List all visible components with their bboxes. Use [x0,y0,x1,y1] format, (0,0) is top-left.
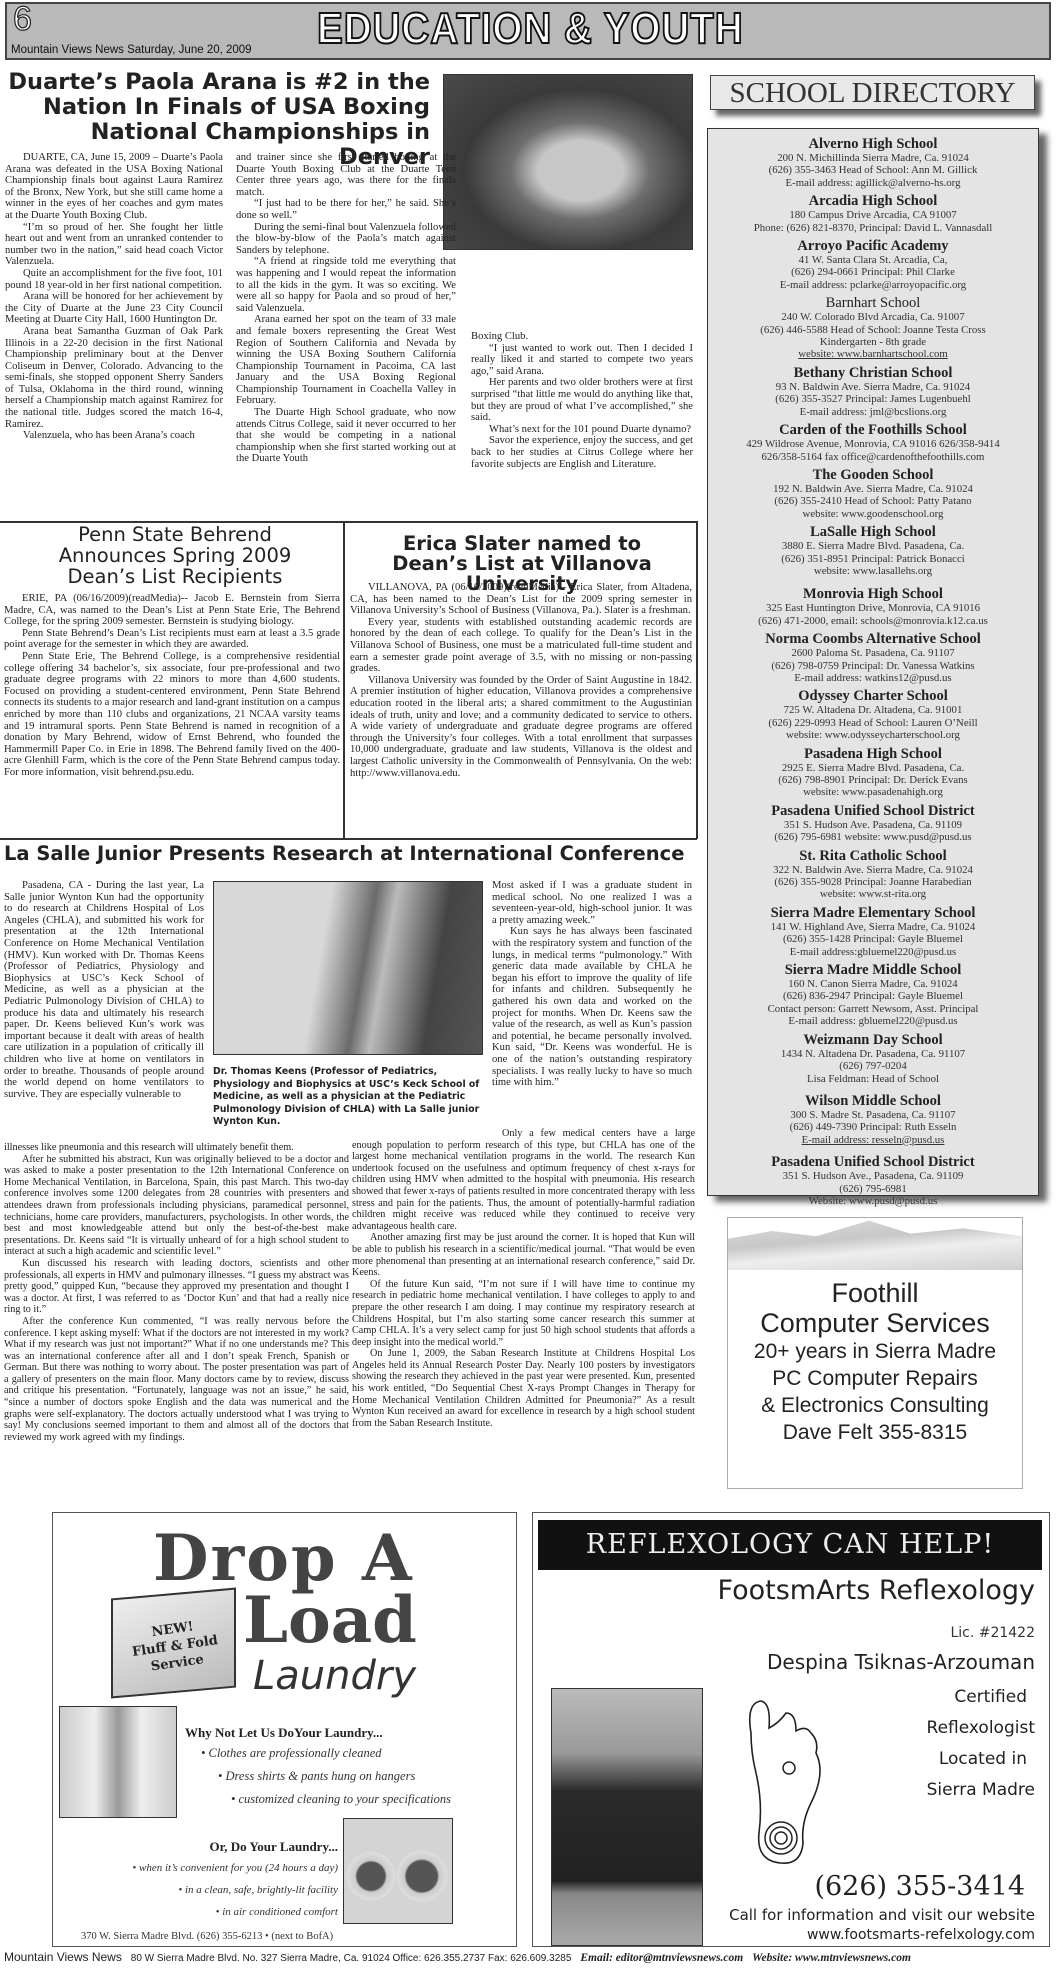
school-detail: 141 W. Highland Ave, Sierra Madre, Ca. 9… [712,921,1034,933]
lasalle-col-1-bottom: illnesses like pneumonia and this resear… [4,1142,349,1443]
school-detail: Phone: (626) 821-8370, Principal: David … [712,222,1034,234]
school-name: St. Rita Catholic School [712,849,1034,864]
school-detail: (626) 351-8951 Principal: Patrick Bonacc… [712,553,1034,565]
paragraph: Arana beat Samantha Guzman of Oak Park I… [5,326,223,430]
school-directory-list: Alverno High School200 N. Michillinda Si… [707,128,1039,1196]
school-detail: 2925 E. Sierra Madre Blvd. Pasadena, Ca. [712,762,1034,774]
school-detail: (626) 471-2000, email: schools@monrovia.… [712,615,1034,627]
ad-drop-a-load-laundry: NEW! Fluff & Fold Service Drop A Load La… [52,1512,517,1947]
school-detail: (626) 795-6981 website: www.pusd@pusd.us [712,831,1034,843]
villanova-body: VILLANOVA, PA (06/16/2009)(readMedia)-- … [350,582,692,779]
paragraph: Arana will be honored for her achievemen… [5,291,223,326]
school-detail: 725 W. Altadena Dr. Altadena, Ca. 91001 [712,704,1034,716]
photo-despina [551,1688,703,1946]
school-detail: (626) 355-3463 Head of School: Ann M. Gi… [712,164,1034,176]
school-entry: The Gooden School192 N. Baldwin Ave. Sie… [712,468,1034,520]
school-entry: Pasadena Unified School District351 S. H… [712,1155,1034,1207]
school-entry: Pasadena Unified School District351 S. H… [712,804,1034,844]
school-name: Monrovia High School [712,587,1034,602]
school-entry: St. Rita Catholic School322 N. Baldwin A… [712,849,1034,901]
school-directory-title: SCHOOL DIRECTORY [710,75,1035,110]
school-detail: (626) 797-0204 [712,1060,1034,1072]
school-name: Bethany Christian School [712,366,1034,381]
school-name: Sierra Madre Middle School [712,963,1034,978]
school-name: LaSalle High School [712,525,1034,540]
paragraph: Her parents and two older brothers were … [471,377,693,423]
school-detail: Lisa Feldman: Head of School [712,1073,1034,1085]
school-name: Arcadia High School [712,194,1034,209]
school-name: Sierra Madre Elementary School [712,906,1034,921]
ad-line: Dave Felt 355-8315 [728,1419,1022,1446]
school-entry: LaSalle High School3880 E. Sierra Madre … [712,525,1034,577]
paragraph: “A friend at ringside told me everything… [236,256,456,314]
ad-line: Foothill [728,1278,1022,1308]
school-detail: 322 N. Baldwin Ave. Sierra Madre, Ca. 91… [712,864,1034,876]
school-entry: Arcadia High School180 Campus Drive Arca… [712,194,1034,234]
school-entry: Barnhart School240 W. Colorado Blvd Arca… [712,296,1034,361]
paragraph: After he submitted his abstract, Kun was… [4,1154,349,1258]
school-detail: 429 Wildrose Avenue, Monrovia, CA 91016 … [712,438,1034,450]
school-detail: (626) 355-2410 Head of School: Patty Pat… [712,495,1034,507]
paragraph: Quite an accomplishment for the five foo… [5,268,223,291]
paragraph: DUARTE, CA, June 15, 2009 – Duarte’s Pao… [5,152,223,222]
school-detail: website: www.odysseycharterschool.org [712,729,1034,741]
masthead: 6 Mountain Views News Saturday, June 20,… [5,2,1051,60]
school-detail: E-mail address: gbluemel220@pusd.us [712,1015,1034,1027]
why-bullet: • Dress shirts & pants hung on hangers [218,1769,415,1784]
credential-line: Reflexologist [927,1718,1035,1738]
paragraph: Penn State Behrend’s Dean’s List recipie… [4,628,340,651]
paragraph: Boxing Club. [471,331,693,343]
page-number: 6 [13,0,32,39]
credential-line: Certified [954,1687,1027,1707]
school-detail: E-mail address:gbluemel220@pusd.us [712,946,1034,958]
school-detail: (626) 355-9028 Principal: Joanne Harabed… [712,876,1034,888]
section-title: EDUCATION & YOUTH [317,4,744,54]
school-detail: 351 S. Hudson Ave. Pasadena, Ca. 91109 [712,819,1034,831]
why-heading: Why Not Let Us DoYour Laundry... [185,1725,383,1741]
school-entry: Norma Coombs Alternative School2600 Palo… [712,632,1034,684]
paragraph: “I just wanted to work out. Then I decid… [471,343,693,378]
why-bullet: • Clothes are professionally cleaned [201,1746,382,1761]
school-entry: Wilson Middle School300 S. Madre St. Pas… [712,1094,1034,1146]
practitioner-name: Despina Tsiknas-Arzouman [767,1650,1035,1674]
school-detail: 626/358-5164 fax office@cardenofthefooth… [712,451,1034,463]
school-entry: Monrovia High School325 East Huntington … [712,587,1034,627]
school-name: Arroyo Pacific Academy [712,239,1034,254]
school-name: Barnhart School [712,296,1034,311]
logo-laundry: Laundry [253,1653,416,1699]
or-bullet: • in a clean, safe, brightly-lit facilit… [83,1884,338,1896]
school-entry: Sierra Madre Middle School160 N. Canon S… [712,963,1034,1028]
school-name: Alverno High School [712,137,1034,152]
boxing-col-3: Boxing Club. “I just wanted to work out.… [471,331,693,470]
paragraph: During the semi-final bout Valenzuela fo… [236,222,456,257]
lasalle-col-2-bottom: Only a few medical centers have a large … [352,1128,695,1429]
school-website-link[interactable]: website: www.barnhartschool.com [712,348,1034,360]
school-entry: Arroyo Pacific Academy41 W. Santa Clara … [712,239,1034,291]
school-detail: 1434 N. Altadena Dr. Pasadena, Ca. 91107 [712,1048,1034,1060]
school-name: Pasadena Unified School District [712,1155,1034,1170]
ad-line: PC Computer Repairs [728,1365,1022,1392]
school-detail: website: www.lasallehs.org [712,565,1034,577]
school-detail: (626) 355-1428 Principal: Gayle Bluemel [712,933,1034,945]
school-name: Pasadena High School [712,747,1034,762]
school-name: Norma Coombs Alternative School [712,632,1034,647]
paragraph: Arana earned her spot on the team of 33 … [236,314,456,407]
school-entry: Bethany Christian School93 N. Baldwin Av… [712,366,1034,418]
paragraph: Only a few medical centers have a large … [352,1128,695,1232]
school-entry: Sierra Madre Elementary School141 W. Hig… [712,906,1034,958]
paragraph: After the conference Kun commented, “I w… [4,1316,349,1444]
boxing-col-2: and trainer since she first started boxi… [236,152,456,465]
ad-line: & Electronics Consulting [728,1392,1022,1419]
school-detail: (626) 798-0759 Principal: Dr. Vanessa Wa… [712,660,1034,672]
school-entry: Odyssey Charter School725 W. Altadena Dr… [712,689,1034,741]
school-detail: (626) 836-2947 Principal: Gayle Bluemel [712,990,1034,1002]
paragraph: Of the future Kun said, “I’m not sure if… [352,1279,695,1349]
ad-foothill-computer: Foothill Computer Services 20+ years in … [727,1217,1023,1489]
school-name: Odyssey Charter School [712,689,1034,704]
paragraph: “I just had to be there for her,” he sai… [236,198,456,221]
paragraph: The Duarte High School graduate, who now… [236,407,456,465]
school-detail: 3880 E. Sierra Madre Blvd. Pasadena, Ca. [712,540,1034,552]
headline-lasalle: La Salle Junior Presents Research at Int… [4,843,694,865]
paragraph: Penn State Erie, The Behrend College, is… [4,651,340,779]
paragraph: Kun says he has always been fascinated w… [492,926,692,1088]
school-detail: (626) 795-6981 [712,1183,1034,1195]
foot-icon [741,1693,836,1868]
school-detail: (626) 294-0661 Principal: Phil Clarke [712,266,1034,278]
ad-line: Computer Services [728,1308,1022,1338]
footer-address: 80 W Sierra Madre Blvd. No. 327 Sierra M… [131,1953,572,1964]
paragraph: On June 1, 2009, the Saban Research Inst… [352,1348,695,1429]
school-name: Carden of the Foothills School [712,423,1034,438]
ad-reflexology: REFLEXOLOGY CAN HELP! FootsmArts Reflexo… [532,1512,1050,1947]
credential-line: Located in [939,1749,1027,1769]
school-detail: 180 Campus Drive Arcadia, CA 91007 [712,209,1034,221]
photo-caption: Dr. Thomas Keens (Professor of Pediatric… [213,1066,485,1129]
business-name: FootsmArts Reflexology [718,1575,1035,1606]
paragraph: Valenzuela, who has been Arana’s coach [5,430,223,442]
school-entry: Carden of the Foothills School429 Wildro… [712,423,1034,463]
school-email-link[interactable]: E-mail address: resseln@pusd.us [712,1134,1034,1146]
school-detail: 2600 Paloma St. Pasadena, Ca. 91107 [712,647,1034,659]
credential-line: Sierra Madre [927,1780,1035,1800]
school-detail: (626) 229-0993 Head of School: Lauren O’… [712,717,1034,729]
school-detail: Kindergarten - 8th grade [712,336,1034,348]
penn-state-body: ERIE, PA (06/16/2009)(readMedia)-- Jacob… [4,593,340,779]
reflexology-banner: REFLEXOLOGY CAN HELP! [538,1520,1042,1570]
divider [343,521,345,839]
school-name: The Gooden School [712,468,1034,483]
footer-email[interactable]: Email: editor@mtnviewsnews.com [580,1952,743,1964]
divider [0,838,697,840]
school-detail: Website: www.pusd@pusd.us [712,1195,1034,1207]
or-bullet: • in air conditioned comfort [83,1906,338,1918]
paragraph: “I’m so proud of her. She fought her lit… [5,222,223,268]
why-bullet: • customized cleaning to your specificat… [231,1792,451,1807]
photo-keens-kun [213,881,483,1055]
school-name: Wilson Middle School [712,1094,1034,1109]
footer-paper-name: Mountain Views News [4,1950,122,1964]
school-detail: (626) 798-8901 Principal: Dr. Derick Eva… [712,774,1034,786]
logo-load: Load [243,1583,417,1658]
school-detail: (626) 446-5588 Head of School: Joanne Te… [712,324,1034,336]
mountain-graphic [728,1218,1022,1270]
reflexology-phone: (626) 355-3414 [814,1871,1025,1902]
school-detail: E-mail address: watkins12@pusd.us [712,672,1034,684]
or-heading: Or, Do Your Laundry... [193,1839,338,1855]
school-detail: Contact person: Garrett Newsom, Asst. Pr… [712,1003,1034,1015]
reflexology-website[interactable]: www.footsmarts-refelxology.com [807,1927,1035,1943]
school-detail: 160 N. Canon Sierra Madre, Ca. 91024 [712,978,1034,990]
boxing-col-1: DUARTE, CA, June 15, 2009 – Duarte’s Pao… [5,152,223,442]
paragraph: What’s next for the 101 pound Duarte dyn… [471,424,693,436]
paragraph: Savor the experience, enjoy the success,… [471,435,693,470]
publication-dateline: Mountain Views News Saturday, June 20, 2… [11,44,252,56]
school-detail: (626) 355-3527 Principal: James Lugenbue… [712,393,1034,405]
paragraph: and trainer since she first started boxi… [236,152,456,198]
laundry-address: 370 W. Sierra Madre Blvd. (626) 355-6213… [81,1931,333,1942]
paragraph: ERIE, PA (06/16/2009)(readMedia)-- Jacob… [4,593,340,628]
paragraph: VILLANOVA, PA (06/16/2009)(readMedia)-- … [350,582,692,617]
school-detail: E-mail address: pclarke@arroyopacific.or… [712,279,1034,291]
school-detail: 93 N. Baldwin Ave. Sierra Madre, Ca. 910… [712,381,1034,393]
school-detail: 351 S. Hudson Ave., Pasadena, Ca. 91109 [712,1170,1034,1182]
headline-penn-state: Penn State Behrend Announces Spring 2009… [30,524,320,587]
paragraph: illnesses like pneumonia and this resear… [4,1142,349,1154]
school-entry: Alverno High School200 N. Michillinda Si… [712,137,1034,189]
school-detail: 200 N. Michillinda Sierra Madre, Ca. 910… [712,152,1034,164]
photo-woman-laundry [59,1706,177,1818]
paragraph: Another amazing first may be just around… [352,1232,695,1278]
school-detail: website: www.pasadenahigh.org [712,786,1034,798]
photo-washing-machines [343,1818,453,1924]
school-name: Weizmann Day School [712,1033,1034,1048]
school-detail: E-mail address: jml@bcslions.org [712,406,1034,418]
or-bullet: • when it’s convenient for you (24 hours… [83,1862,338,1874]
license-number: Lic. #21422 [950,1625,1035,1641]
school-detail: 325 East Huntington Drive, Monrovia, CA … [712,602,1034,614]
paragraph: Villanova University was founded by the … [350,675,692,779]
school-detail: 192 N. Baldwin Ave. Sierra Madre, Ca. 91… [712,483,1034,495]
paragraph: Kun discussed his research with leading … [4,1258,349,1316]
school-detail: 41 W. Santa Clara St. Arcadia, Ca, [712,254,1034,266]
photo-paola-arana [443,74,693,250]
paragraph: Pasadena, CA - During the last year, La … [4,880,204,1100]
school-detail: 240 W. Colorado Blvd Arcadia, Ca. 91007 [712,311,1034,323]
paragraph: Most asked if I was a graduate student i… [492,880,692,926]
footer: Mountain Views News 80 W Sierra Madre Bl… [4,1950,1054,1964]
paragraph: Every year, students with established ou… [350,617,692,675]
lasalle-col-1-top: Pasadena, CA - During the last year, La … [4,880,204,1100]
ad-line: 20+ years in Sierra Madre [728,1338,1022,1365]
school-detail: website: www.st-rita.org [712,888,1034,900]
school-detail: (626) 449-7390 Principal: Ruth Esseln [712,1121,1034,1133]
footer-website[interactable]: Website: www.mtnviewsnews.com [752,1952,911,1964]
ad-text: Foothill Computer Services 20+ years in … [728,1278,1022,1446]
divider [696,521,698,839]
school-entry: Pasadena High School2925 E. Sierra Madre… [712,747,1034,799]
school-name: Pasadena Unified School District [712,804,1034,819]
school-detail: E-mail address: agillick@alverno-hs.org [712,177,1034,189]
lasalle-col-2-top: Most asked if I was a graduate student i… [492,880,692,1089]
reflexology-cta: Call for information and visit our websi… [729,1906,1035,1924]
school-detail: 300 S. Madre St. Pasadena, Ca. 91107 [712,1109,1034,1121]
school-detail: website: www.goodenschool.org [712,508,1034,520]
school-entry: Weizmann Day School1434 N. Altadena Dr. … [712,1033,1034,1085]
